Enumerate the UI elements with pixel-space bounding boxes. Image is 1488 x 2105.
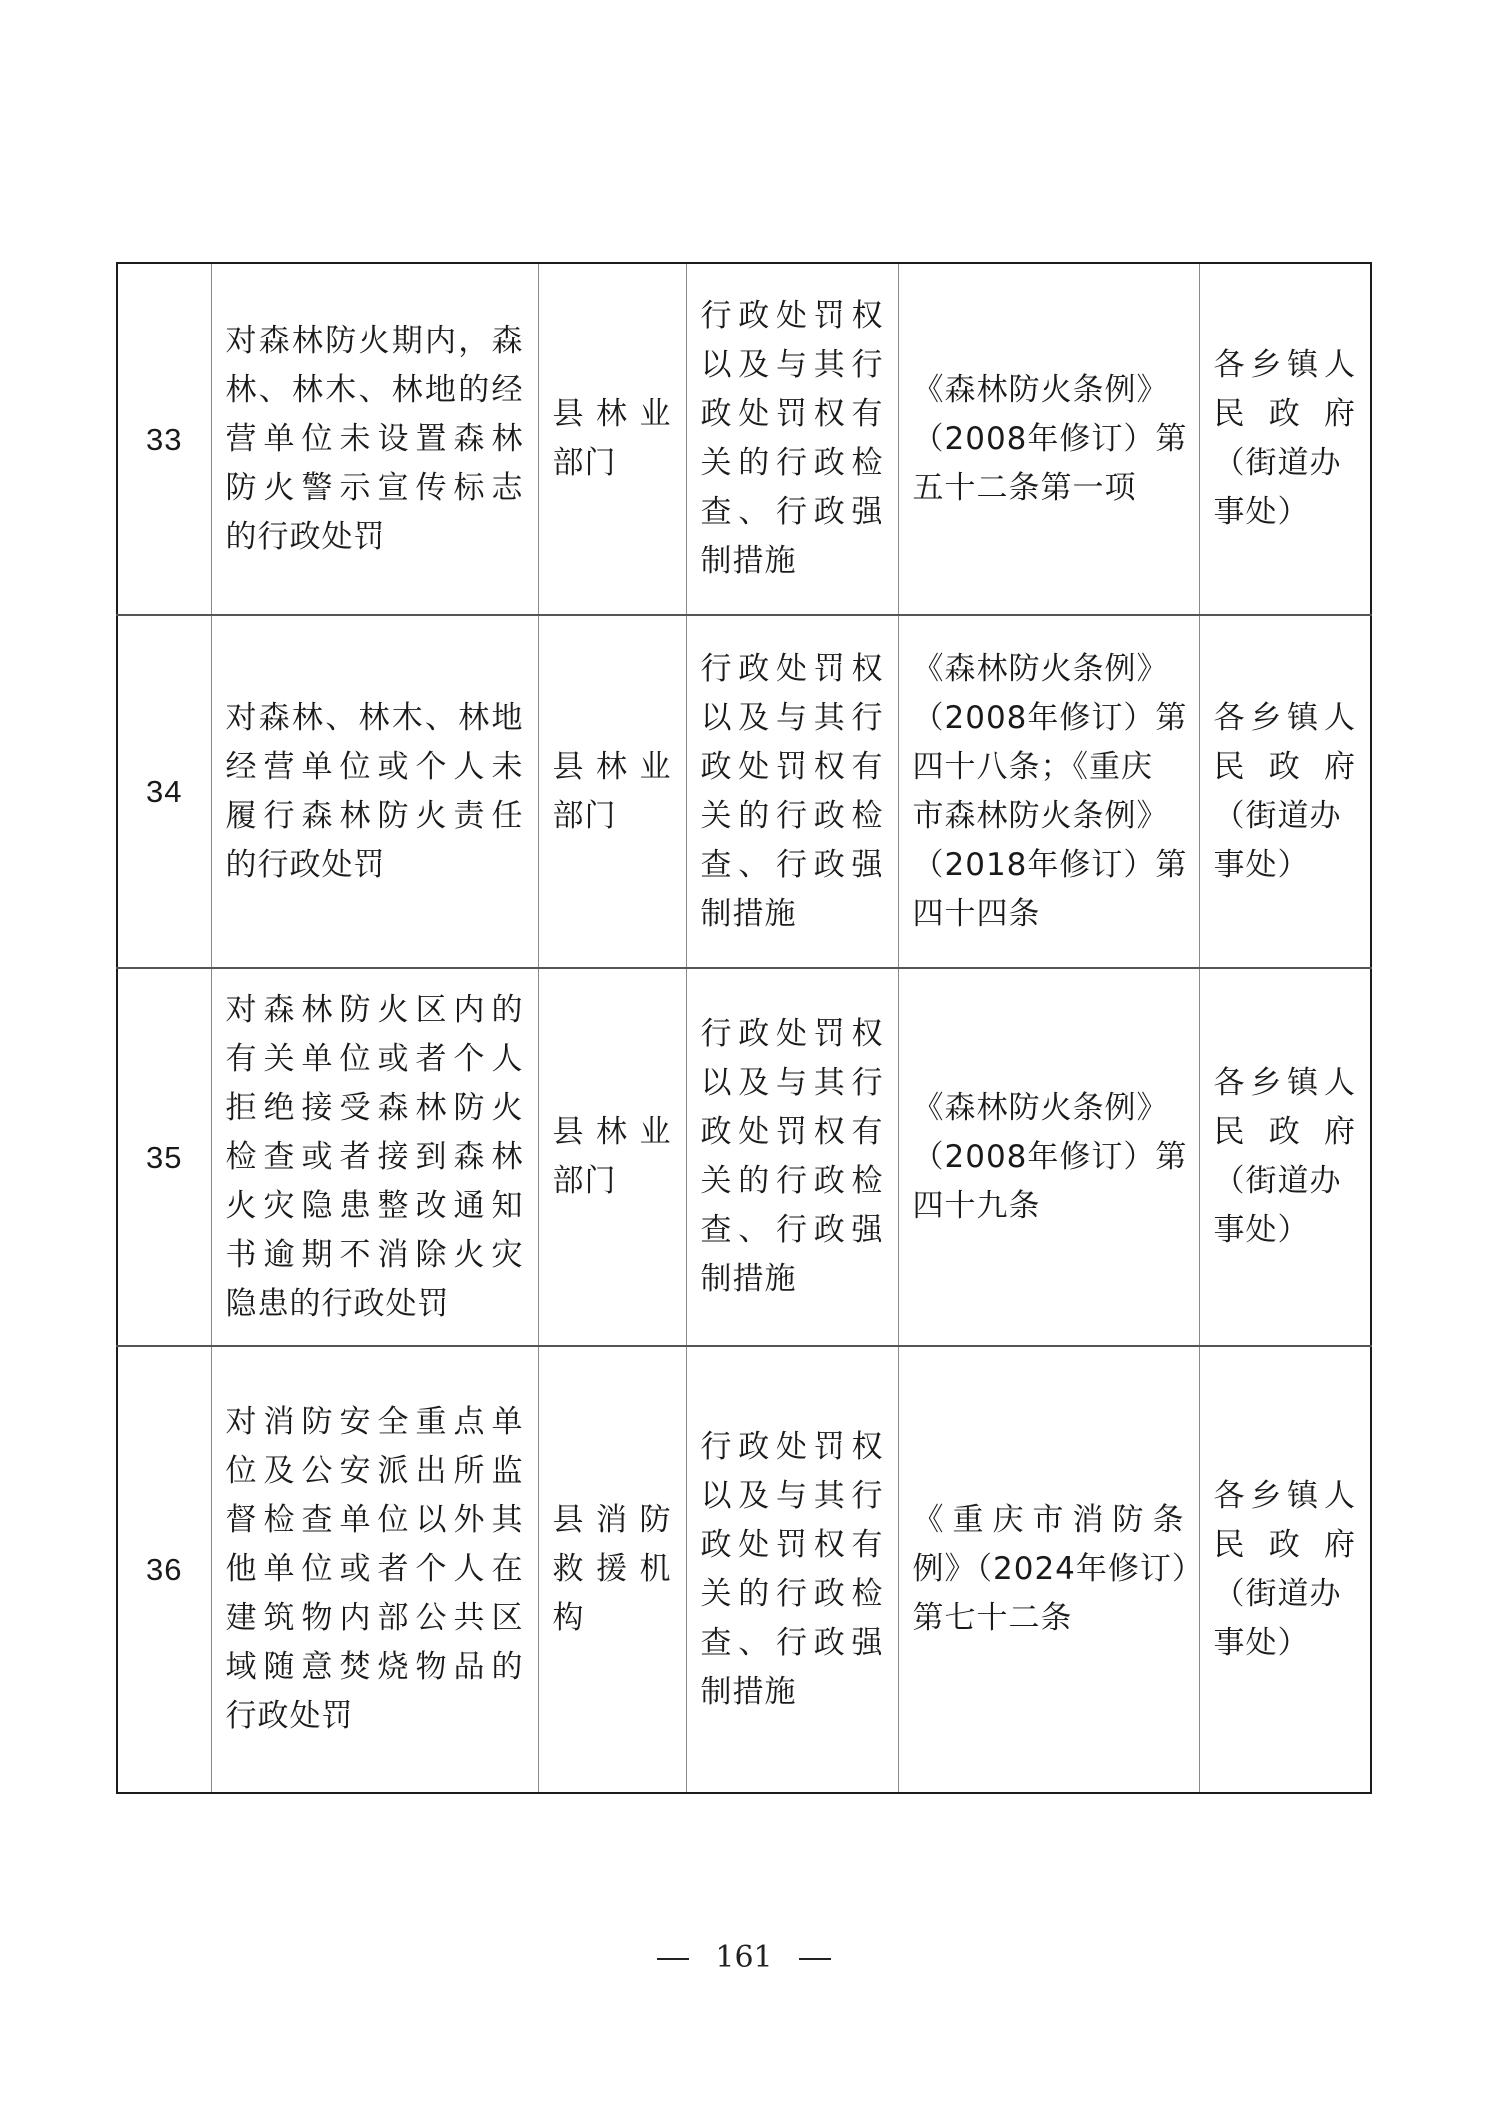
text-line: 查、行政强	[701, 841, 884, 890]
text-line: 查、行政强	[701, 1206, 884, 1255]
item-department: 县林业 部门	[538, 263, 686, 615]
penalty-items-table: 33 对森林防火期内，森 林、林木、林地的经 营单位未设置森林 防火警示宣传标志…	[116, 262, 1372, 1794]
text-line: 营单位未设置森林	[226, 415, 524, 464]
text-line: 市森林防火条例》	[913, 792, 1185, 841]
text-line: 拒绝接受森林防火	[226, 1084, 524, 1133]
text-line: 检查或者接到森林	[226, 1133, 524, 1182]
text-line: （2008年修订）第	[913, 694, 1185, 743]
text-line: 书逾期不消除火灾	[226, 1231, 524, 1280]
text-line: 林、林木、林地的经	[226, 366, 524, 415]
text-line: （街道办	[1214, 1157, 1357, 1206]
text-line: 行政处罚权	[701, 292, 884, 341]
text-line: 政处罚权有	[701, 390, 884, 439]
text-line: 《森林防火条例》	[913, 1084, 1185, 1133]
text-line: 以及与其行	[701, 694, 884, 743]
text-line: 行政处罚	[226, 1692, 524, 1741]
text-line: 对森林、林木、林地	[226, 694, 524, 743]
text-line: 行政处罚权	[701, 645, 884, 694]
text-line: 防火警示宣传标志	[226, 464, 524, 513]
text-line: 县林业	[553, 743, 672, 792]
text-line: 部门	[553, 439, 672, 488]
text-line: 政处罚权有	[701, 1108, 884, 1157]
text-line: 关的行政检	[701, 792, 884, 841]
text-line: 事处）	[1214, 488, 1357, 537]
table-row: 35 对森林防火区内的 有关单位或者个人 拒绝接受森林防火 检查或者接到森林 火…	[117, 968, 1371, 1346]
item-executor: 各乡镇人 民政府 （街道办 事处）	[1199, 968, 1371, 1346]
text-line: 政处罚权有	[701, 1521, 884, 1570]
item-executor: 各乡镇人 民政府 （街道办 事处）	[1199, 615, 1371, 968]
text-line: 以及与其行	[701, 1059, 884, 1108]
text-line: 隐患的行政处罚	[226, 1280, 524, 1329]
text-line: 构	[553, 1594, 672, 1643]
text-line: 事处）	[1214, 1619, 1357, 1668]
text-line: 五十二条第一项	[913, 464, 1185, 513]
text-line: 各乡镇人	[1214, 694, 1357, 743]
item-executor: 各乡镇人 民政府 （街道办 事处）	[1199, 1346, 1371, 1793]
text-line: 对消防安全重点单	[226, 1398, 524, 1447]
text-line: 的行政处罚	[226, 513, 524, 562]
text-line: 民政府	[1214, 1521, 1357, 1570]
text-line: （2008年修订）第	[913, 1133, 1185, 1182]
item-power-type: 行政处罚权 以及与其行 政处罚权有 关的行政检 查、行政强 制措施	[686, 968, 898, 1346]
item-description: 对森林防火区内的 有关单位或者个人 拒绝接受森林防火 检查或者接到森林 火灾隐患…	[211, 968, 538, 1346]
text-line: 制措施	[701, 1255, 884, 1304]
text-line: 制措施	[701, 1668, 884, 1717]
table-row: 33 对森林防火期内，森 林、林木、林地的经 营单位未设置森林 防火警示宣传标志…	[117, 263, 1371, 615]
text-line: 政处罚权有	[701, 743, 884, 792]
text-line: 救援机	[553, 1545, 672, 1594]
text-line: 的行政处罚	[226, 841, 524, 890]
text-line: 事处）	[1214, 841, 1357, 890]
page-footer: 161	[0, 1940, 1488, 1975]
item-legal-basis: 《森林防火条例》 （2008年修订）第 四十九条	[898, 968, 1199, 1346]
text-line: 制措施	[701, 890, 884, 939]
text-line: 关的行政检	[701, 439, 884, 488]
item-power-type: 行政处罚权 以及与其行 政处罚权有 关的行政检 查、行政强 制措施	[686, 615, 898, 968]
text-line: 经营单位或个人未	[226, 743, 524, 792]
text-line: 制措施	[701, 537, 884, 586]
text-line: 各乡镇人	[1214, 341, 1357, 390]
text-line: 例》（2024年修订）	[913, 1545, 1185, 1594]
text-line: 县林业	[553, 1108, 672, 1157]
text-line: 《森林防火条例》	[913, 366, 1185, 415]
item-department: 县消防 救援机 构	[538, 1346, 686, 1793]
text-line: 事处）	[1214, 1206, 1357, 1255]
item-department: 县林业 部门	[538, 615, 686, 968]
item-description: 对消防安全重点单 位及公安派出所监 督检查单位以外其 他单位或者个人在 建筑物内…	[211, 1346, 538, 1793]
text-line: 《重庆市消防条	[913, 1496, 1185, 1545]
footer-dash-right	[799, 1958, 831, 1960]
item-number: 35	[117, 968, 211, 1346]
item-legal-basis: 《森林防火条例》 （2008年修订）第 五十二条第一项	[898, 263, 1199, 615]
text-line: （街道办	[1214, 439, 1357, 488]
document-page: 33 对森林防火期内，森 林、林木、林地的经 营单位未设置森林 防火警示宣传标志…	[0, 0, 1488, 2105]
text-line: 他单位或者个人在	[226, 1545, 524, 1594]
footer-dash-left	[657, 1958, 689, 1960]
text-line: 行政处罚权	[701, 1423, 884, 1472]
text-line: 以及与其行	[701, 1472, 884, 1521]
table-row: 34 对森林、林木、林地 经营单位或个人未 履行森林防火责任 的行政处罚 县林业…	[117, 615, 1371, 968]
item-power-type: 行政处罚权 以及与其行 政处罚权有 关的行政检 查、行政强 制措施	[686, 1346, 898, 1793]
text-line: 民政府	[1214, 1108, 1357, 1157]
item-number: 36	[117, 1346, 211, 1793]
text-line: 县林业	[553, 390, 672, 439]
item-department: 县林业 部门	[538, 968, 686, 1346]
text-line: 四十九条	[913, 1182, 1185, 1231]
page-number: 161	[715, 1940, 772, 1975]
text-line: 各乡镇人	[1214, 1472, 1357, 1521]
text-line: 以及与其行	[701, 341, 884, 390]
text-line: 关的行政检	[701, 1157, 884, 1206]
text-line: 对森林防火区内的	[226, 986, 524, 1035]
text-line: 域随意焚烧物品的	[226, 1643, 524, 1692]
item-number: 33	[117, 263, 211, 615]
item-executor: 各乡镇人 民政府 （街道办 事处）	[1199, 263, 1371, 615]
text-line: 民政府	[1214, 390, 1357, 439]
item-legal-basis: 《重庆市消防条 例》（2024年修订） 第七十二条	[898, 1346, 1199, 1793]
text-line: 《森林防火条例》	[913, 645, 1185, 694]
text-line: （2008年修订）第	[913, 415, 1185, 464]
text-line: 有关单位或者个人	[226, 1035, 524, 1084]
text-line: 第七十二条	[913, 1594, 1185, 1643]
item-description: 对森林防火期内，森 林、林木、林地的经 营单位未设置森林 防火警示宣传标志 的行…	[211, 263, 538, 615]
text-line: 各乡镇人	[1214, 1059, 1357, 1108]
item-number: 34	[117, 615, 211, 968]
text-line: 督检查单位以外其	[226, 1496, 524, 1545]
text-line: 四十八条；《重庆	[913, 743, 1185, 792]
table-row: 36 对消防安全重点单 位及公安派出所监 督检查单位以外其 他单位或者个人在 建…	[117, 1346, 1371, 1793]
text-line: 关的行政检	[701, 1570, 884, 1619]
item-legal-basis: 《森林防火条例》 （2008年修订）第 四十八条；《重庆 市森林防火条例》 （2…	[898, 615, 1199, 968]
text-line: 查、行政强	[701, 1619, 884, 1668]
text-line: 履行森林防火责任	[226, 792, 524, 841]
text-line: 四十四条	[913, 890, 1185, 939]
item-power-type: 行政处罚权 以及与其行 政处罚权有 关的行政检 查、行政强 制措施	[686, 263, 898, 615]
text-line: 建筑物内部公共区	[226, 1594, 524, 1643]
text-line: （街道办	[1214, 1570, 1357, 1619]
text-line: （2018年修订）第	[913, 841, 1185, 890]
text-line: 查、行政强	[701, 488, 884, 537]
item-description: 对森林、林木、林地 经营单位或个人未 履行森林防火责任 的行政处罚	[211, 615, 538, 968]
text-line: 县消防	[553, 1496, 672, 1545]
text-line: （街道办	[1214, 792, 1357, 841]
text-line: 位及公安派出所监	[226, 1447, 524, 1496]
text-line: 民政府	[1214, 743, 1357, 792]
text-line: 对森林防火期内，森	[226, 317, 524, 366]
text-line: 部门	[553, 1157, 672, 1206]
text-line: 火灾隐患整改通知	[226, 1182, 524, 1231]
text-line: 部门	[553, 792, 672, 841]
text-line: 行政处罚权	[701, 1010, 884, 1059]
